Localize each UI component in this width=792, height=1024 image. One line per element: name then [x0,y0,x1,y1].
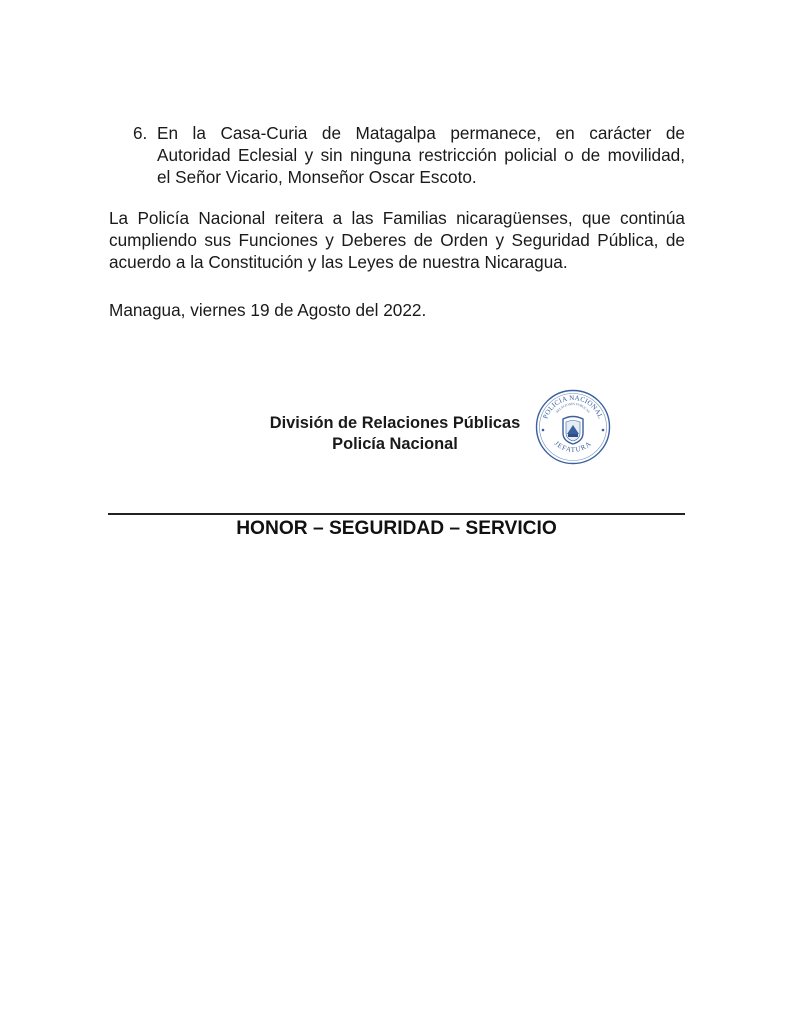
dateline: Managua, viernes 19 de Agosto del 2022. [109,299,426,321]
document-page: 6. En la Casa-Curia de Matagalpa permane… [0,0,792,1024]
list-item-line-3: el Señor Vicario, Monseñor Oscar Escoto. [157,166,685,188]
horizontal-divider [108,513,685,515]
signature-block: División de Relaciones Públicas Policía … [230,413,560,455]
list-item-line-2: Autoridad Eclesial y sin ninguna restric… [157,144,685,166]
closing-paragraph: La Policía Nacional reitera a las Famili… [109,207,685,273]
paragraph-line-1: La Policía Nacional reitera a las Famili… [109,207,685,229]
signature-division: División de Relaciones Públicas [230,413,560,434]
paragraph-line-2: cumpliendo sus Funciones y Deberes de Or… [109,229,685,251]
paragraph-line-3: acuerdo a la Constitución y las Leyes de… [109,251,685,273]
numbered-list-item-6: 6. En la Casa-Curia de Matagalpa permane… [133,122,685,188]
list-item-line-1: En la Casa-Curia de Matagalpa permanece,… [157,122,685,144]
signature-organization: Policía Nacional [230,434,560,455]
list-number: 6. [133,122,155,144]
list-item-text: En la Casa-Curia de Matagalpa permanece,… [157,122,685,188]
police-seal-stamp-icon: POLICIA NACIONAL RELACIONES PUBLICAS JEF… [534,388,612,466]
motto: HONOR – SEGURIDAD – SERVICIO [108,517,685,541]
